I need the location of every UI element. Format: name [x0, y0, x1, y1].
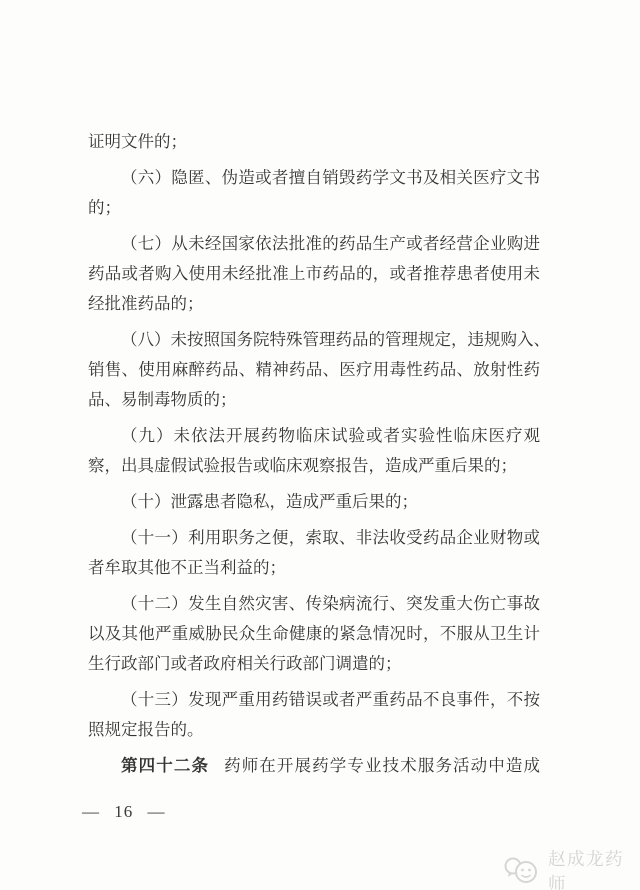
text-line: （十三）发现严重用药错误或者严重药品不良事件，不按: [88, 685, 540, 715]
watermark: 赵成龙药师: [503, 846, 640, 890]
document-body: 证明文件的； （六）隐匿、伪造或者擅自销毁药学文书及相关医疗文书 的； （七）从…: [88, 127, 540, 781]
article-line: 第四十二条药师在开展药学专业技术服务活动中造成: [88, 751, 540, 781]
pharmacist-chat-logo-icon: [503, 856, 543, 886]
text-line: 的；: [88, 193, 540, 223]
text-line: （九）未依法开展药物临床试验或者实验性临床医疗观: [88, 421, 540, 451]
text-line: 者牟取其他不正当利益的；: [88, 553, 540, 583]
text-line: 药品或者购入使用未经批准上市药品的，或者推荐患者使用未: [88, 259, 540, 289]
page-number: — 16 —: [82, 802, 166, 822]
text-line: 以及其他严重威胁民众生命健康的紧急情况时，不服从卫生计: [88, 619, 540, 649]
text-line: 照规定报告的。: [88, 715, 540, 745]
text-line: 证明文件的；: [88, 127, 540, 157]
text-line: 经批准药品的；: [88, 289, 540, 319]
text-line: （七）从未经国家依法批准的药品生产或者经营企业购进: [88, 229, 540, 259]
text-line: （十二）发生自然灾害、传染病流行、突发重大伤亡事故: [88, 589, 540, 619]
text-line: 销售、使用麻醉药品、精神药品、医疗用毒性药品、放射性药: [88, 355, 540, 385]
text-line: （六）隐匿、伪造或者擅自销毁药学文书及相关医疗文书: [88, 163, 540, 193]
article-text: 药师在开展药学专业技术服务活动中造成: [224, 756, 540, 775]
watermark-label: 赵成龙药师: [548, 846, 640, 890]
text-line: （十一）利用职务之便，索取、非法收受药品企业财物或: [88, 523, 540, 553]
text-line: 生行政部门或者政府相关行政部门调遣的；: [88, 649, 540, 679]
text-line: （十）泄露患者隐私，造成严重后果的；: [88, 487, 540, 517]
article-number: 第四十二条: [121, 756, 209, 775]
text-line: 品、易制毒物质的；: [88, 385, 540, 415]
text-line: 察，出具虚假试验报告或临床观察报告，造成严重后果的；: [88, 451, 540, 481]
text-line: （八）未按照国务院特殊管理药品的管理规定，违规购入、: [88, 325, 540, 355]
document-page: 证明文件的； （六）隐匿、伪造或者擅自销毁药学文书及相关医疗文书 的； （七）从…: [0, 0, 640, 890]
